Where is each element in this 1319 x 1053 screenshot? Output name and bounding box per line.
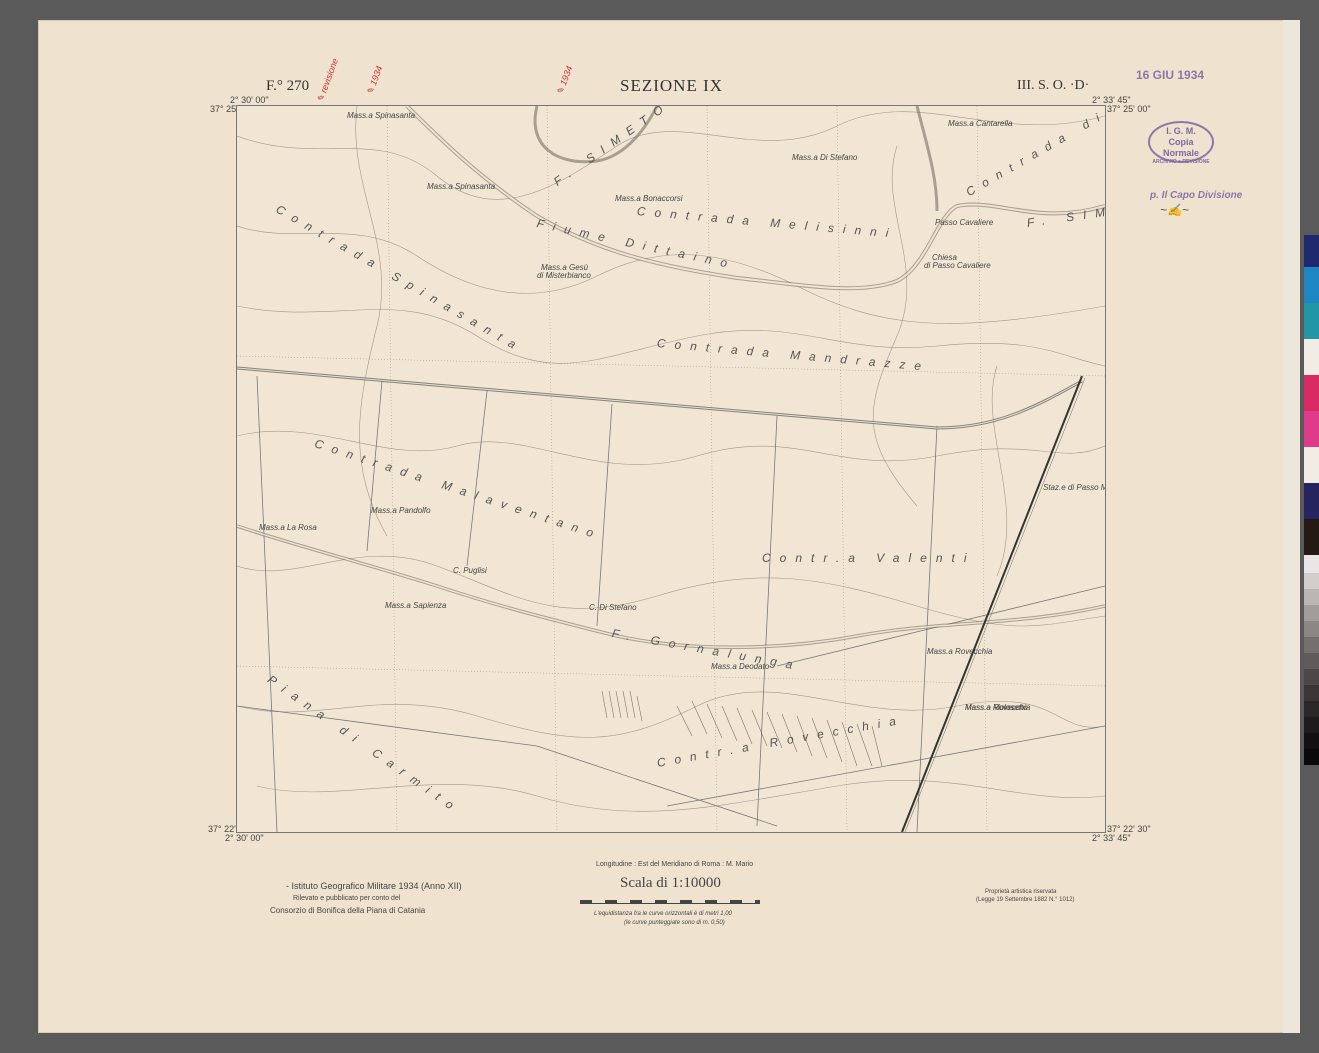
color-swatch xyxy=(1304,701,1319,717)
place-label: C. Di Stefano xyxy=(589,603,637,612)
longitude-note: Longitudine : Est del Meridiano di Roma … xyxy=(596,861,753,868)
igm-copy-stamp: I. G. M. Copia Normale ARCHIVIO e REVISI… xyxy=(1148,121,1214,163)
color-swatch xyxy=(1304,669,1319,685)
scale-bar xyxy=(580,900,760,904)
place-label: Mass.a Molosetto xyxy=(965,703,1028,712)
color-swatch xyxy=(1304,717,1319,733)
publisher-line: - Istituto Geografico Militare 1934 (Ann… xyxy=(286,881,462,891)
color-swatch xyxy=(1304,483,1319,519)
scale-title: Scala di 1:10000 xyxy=(620,875,721,892)
sheet-edge xyxy=(1283,20,1300,1033)
coord-top-right-lat: 37° 25' 00" xyxy=(1107,104,1151,114)
color-swatch xyxy=(1304,653,1319,669)
color-swatch xyxy=(1304,303,1319,339)
color-swatch xyxy=(1304,733,1319,749)
section-title: SEZIONE IX xyxy=(620,76,723,96)
color-swatch xyxy=(1304,375,1319,411)
color-swatch xyxy=(1304,605,1319,621)
color-calibration-bar xyxy=(1304,235,1319,765)
region-label: Contr.a Valenti xyxy=(762,551,976,565)
place-label: Mass.a Bonaccorsi xyxy=(615,194,683,203)
place-label: Mass.a Sapienza xyxy=(385,601,446,610)
color-swatch xyxy=(1304,685,1319,701)
rights-note: Proprietà artistica riservata xyxy=(985,889,1056,895)
color-swatch xyxy=(1304,267,1319,303)
place-label: Mass.a Deodato xyxy=(711,662,769,671)
color-swatch xyxy=(1304,519,1319,555)
place-label: Mass.a Pandolfo xyxy=(371,506,431,515)
stamp-line2: Copia Normale xyxy=(1150,137,1212,159)
place-label: di Misterbianco xyxy=(537,271,591,280)
dotted-contour-note: (le curve punteggiate sono di m. 0,50) xyxy=(624,920,725,926)
place-label: Mass.a La Rosa xyxy=(259,523,317,532)
color-swatch xyxy=(1304,637,1319,653)
color-swatch xyxy=(1304,447,1319,483)
place-label: Mass.a Spinasanta xyxy=(427,182,495,191)
stamp-line1: I. G. M. xyxy=(1150,126,1212,137)
signature-title: p. Il Capo Divisione xyxy=(1150,190,1242,201)
place-label: C. Puglisi xyxy=(453,566,487,575)
surveyed-for: Rilevato e pubblicato per conto del xyxy=(293,895,400,902)
quadrant-label: III. S. O. ·D· xyxy=(1017,78,1089,94)
law-note: (Legge 19 Settembre 1882 N.° 1012) xyxy=(976,897,1074,903)
place-label: di Passo Cavaliere xyxy=(924,261,991,270)
place-label: Staz.e di Passo Martino xyxy=(1043,483,1106,492)
coord-bottom-right-lon: 2° 33' 45" xyxy=(1092,833,1131,843)
color-swatch xyxy=(1304,573,1319,589)
consortium-name: Consorzio di Bonifica della Piana di Cat… xyxy=(270,906,425,915)
date-stamp: 16 GIU 1934 xyxy=(1136,68,1204,82)
contour-interval-note: L'equidistanza fra le curve orizzontali … xyxy=(594,911,732,917)
color-swatch xyxy=(1304,749,1319,765)
signature-scribble: ~✍~ xyxy=(1160,203,1189,217)
place-label: Mass.a Cantarella xyxy=(948,119,1012,128)
color-swatch xyxy=(1304,235,1319,267)
color-swatch xyxy=(1304,621,1319,637)
coord-bottom-left-lon: 2° 30' 00" xyxy=(225,833,264,843)
stamp-line3: ARCHIVIO e REVISIONE xyxy=(1150,159,1212,166)
place-label: Mass.a Rovecchia xyxy=(927,647,992,656)
place-label: Passo Cavaliere xyxy=(935,218,993,227)
color-swatch xyxy=(1304,555,1319,573)
color-swatch xyxy=(1304,589,1319,605)
color-swatch xyxy=(1304,411,1319,447)
place-label: Mass.a Spinasanta xyxy=(347,111,415,120)
map-area[interactable]: Contrada SpinasantaFiume DittainoContrad… xyxy=(236,105,1106,833)
color-swatch xyxy=(1304,339,1319,375)
sheet-number: F.° 270 xyxy=(266,78,309,95)
place-label: Mass.a Di Stefano xyxy=(792,153,857,162)
